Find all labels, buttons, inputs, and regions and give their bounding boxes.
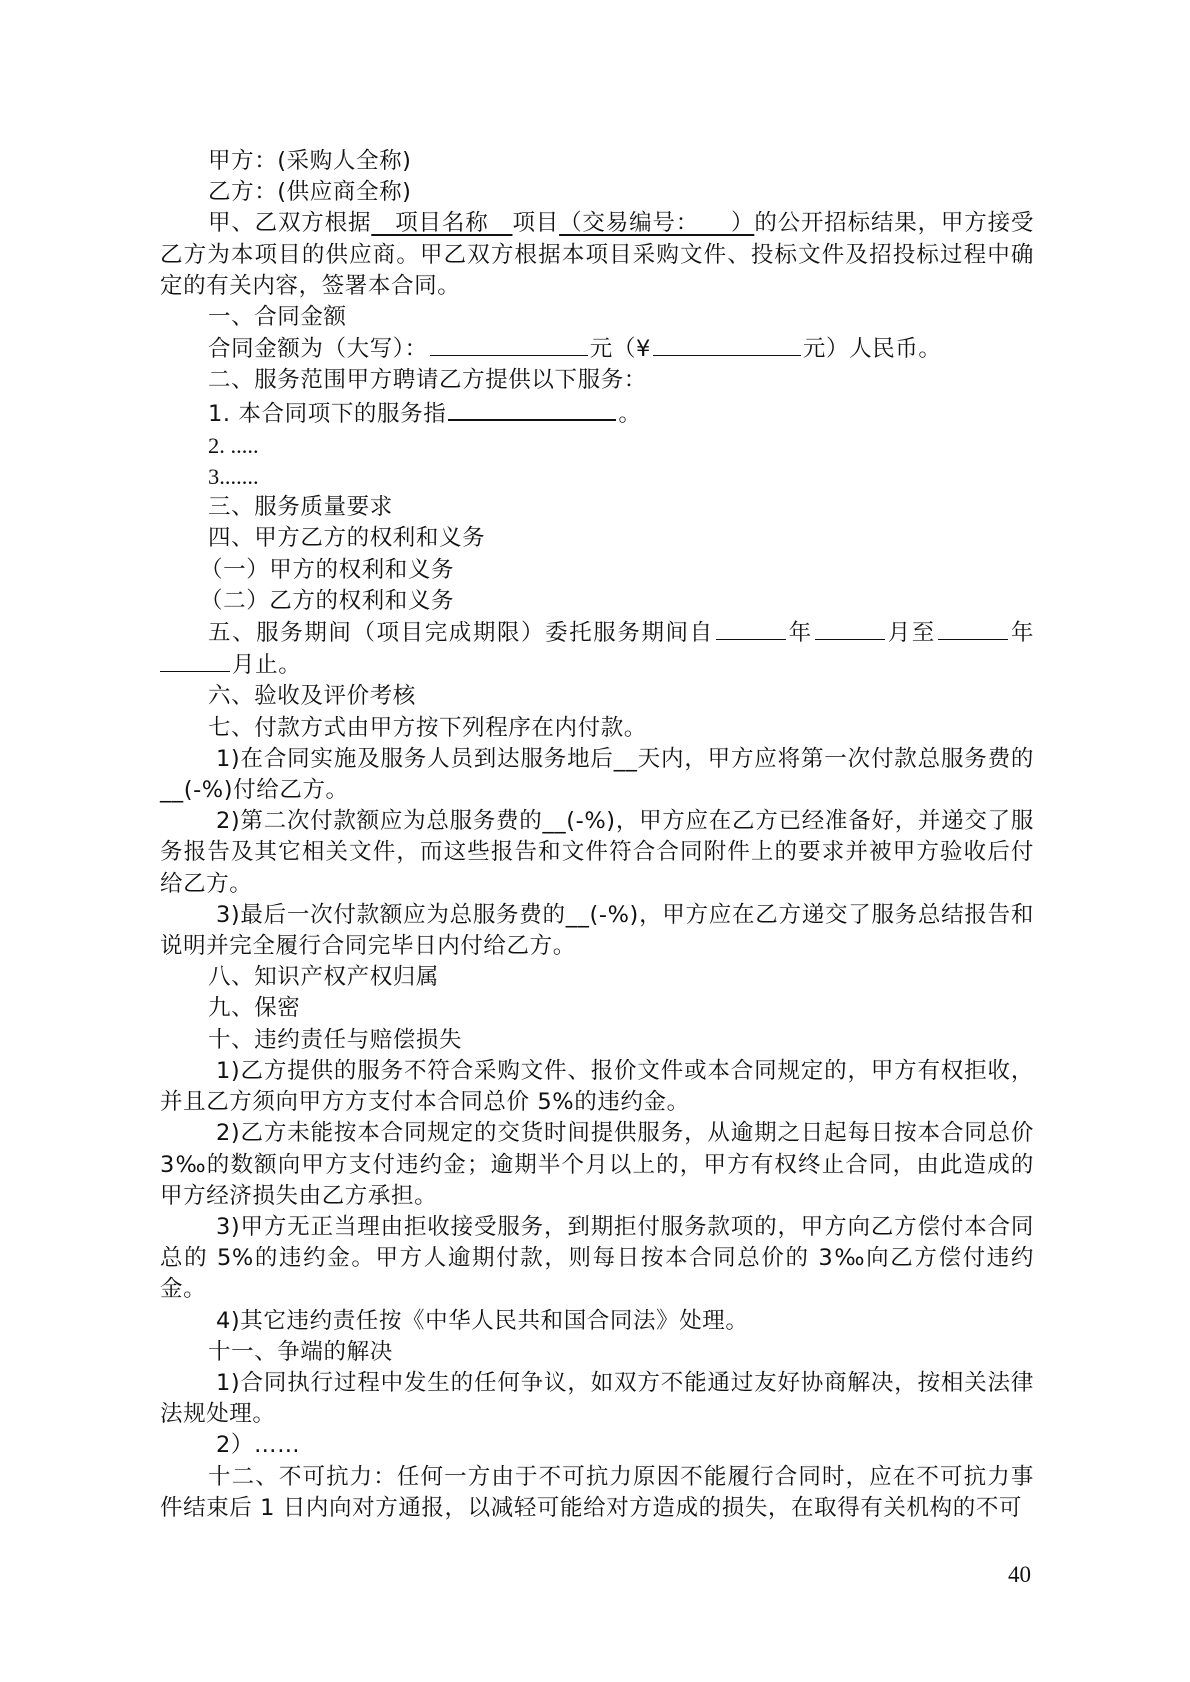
section-9-title: 九、保密 bbox=[160, 993, 1034, 1024]
liability-item-2: 2)乙方未能按本合同规定的交货时间提供服务，从逾期之日起每日按本合同总价 3‰的… bbox=[160, 1118, 1034, 1212]
service-blank bbox=[448, 397, 616, 421]
section-2-item-1: 1. 本合同项下的服务指。 bbox=[160, 397, 1034, 430]
section-3-title: 三、服务质量要求 bbox=[160, 492, 1034, 523]
trade-number-field: （交易编号： ） bbox=[559, 210, 754, 236]
s5-month1: 月至 bbox=[887, 620, 936, 646]
payment-item-1: 1)在合同实施及服务人员到达服务地后__天内，甲方应将第一次付款总服务费的__(… bbox=[160, 744, 1034, 806]
section-10-title: 十、违约责任与赔偿损失 bbox=[160, 1025, 1034, 1056]
amount-figures-blank bbox=[653, 333, 801, 356]
section-1-title: 一、合同金额 bbox=[160, 302, 1034, 333]
dispute-item-1: 1)合同执行过程中发生的任何争议，如双方不能通过友好协商解决，按相关法律法规处理… bbox=[160, 1368, 1034, 1430]
amount-label: 合同金额为（大写）： bbox=[208, 336, 428, 362]
section-2-item-2: 2. ..... bbox=[160, 430, 1034, 461]
project-name-field: 项目名称 bbox=[371, 210, 512, 236]
s5-month2: 月止。 bbox=[232, 652, 301, 678]
amount-words-blank bbox=[430, 333, 588, 356]
section-2-item-3: 3....... bbox=[160, 461, 1034, 492]
section-2-title: 二、服务范围甲方聘请乙方提供以下服务： bbox=[160, 365, 1034, 396]
dispute-item-2: 2）…… bbox=[160, 1430, 1034, 1461]
payment-item-3: 3)最后一次付款额应为总服务费的__(-%)，甲方应在乙方递交了服务总结报告和说… bbox=[160, 900, 1034, 962]
payment-item-2: 2)第二次付款额应为总服务费的__(-%)，甲方应在乙方已经准备好，并递交了服务… bbox=[160, 806, 1034, 900]
start-month-blank bbox=[815, 617, 885, 640]
s5-pre: 五、服务期间（项目完成期限）委托服务期间自 bbox=[208, 620, 714, 646]
page-number: 40 bbox=[1008, 1562, 1031, 1588]
liability-item-3: 3)甲方无正当理由拒收接受服务，到期拒付服务款项的，甲方向乙方偿付本合同总的 5… bbox=[160, 1212, 1034, 1306]
amount-mid: 元（¥ bbox=[590, 336, 651, 362]
item-1-post: 。 bbox=[618, 401, 641, 427]
contract-page: 甲方：(采购人全称) 乙方：(供应商全称) 甲、乙双方根据 项目名称 项目（交易… bbox=[160, 146, 1034, 1524]
liability-item-1: 1)乙方提供的服务不符合采购文件、报价文件或本合同规定的，甲方有权拒收，并且乙方… bbox=[160, 1056, 1034, 1118]
section-11-title: 十一、争端的解决 bbox=[160, 1337, 1034, 1368]
end-year-blank bbox=[938, 617, 1008, 640]
section-4-sub-2: （二）乙方的权利和义务 bbox=[160, 586, 1034, 617]
liability-item-4: 4)其它违约责任按《中华人民共和国合同法》处理。 bbox=[160, 1306, 1034, 1337]
section-6-title: 六、验收及评价考核 bbox=[160, 681, 1034, 712]
section-7-title: 七、付款方式由甲方按下列程序在内付款。 bbox=[160, 713, 1034, 744]
intro-pre: 甲、乙双方根据 bbox=[208, 210, 371, 236]
section-4-title: 四、甲方乙方的权利和义务 bbox=[160, 523, 1034, 554]
section-5: 五、服务期间（项目完成期限）委托服务期间自年月至年月止。 bbox=[160, 617, 1034, 681]
section-4-sub-1: （一）甲方的权利和义务 bbox=[160, 555, 1034, 586]
intro-paragraph: 甲、乙双方根据 项目名称 项目（交易编号： ）的公开招标结果，甲方接受乙方为本项… bbox=[160, 208, 1034, 302]
amount-post: 元）人民币。 bbox=[803, 336, 942, 362]
s5-year1: 年 bbox=[788, 620, 813, 646]
section-8-title: 八、知识产权产权归属 bbox=[160, 962, 1034, 993]
contract-amount-line: 合同金额为（大写）：元（¥元）人民币。 bbox=[160, 333, 1034, 365]
start-year-blank bbox=[716, 617, 786, 640]
item-1-text: 1. 本合同项下的服务指 bbox=[208, 401, 446, 427]
section-12: 十二、不可抗力：任何一方由于不可抗力原因不能履行合同时，应在不可抗力事件结束后 … bbox=[160, 1462, 1034, 1524]
party-b-line: 乙方：(供应商全称) bbox=[160, 177, 1034, 208]
s5-year2: 年 bbox=[1010, 620, 1034, 646]
party-a-line: 甲方：(采购人全称) bbox=[160, 146, 1034, 177]
end-month-blank bbox=[160, 649, 230, 672]
intro-mid: 项目 bbox=[512, 210, 559, 236]
